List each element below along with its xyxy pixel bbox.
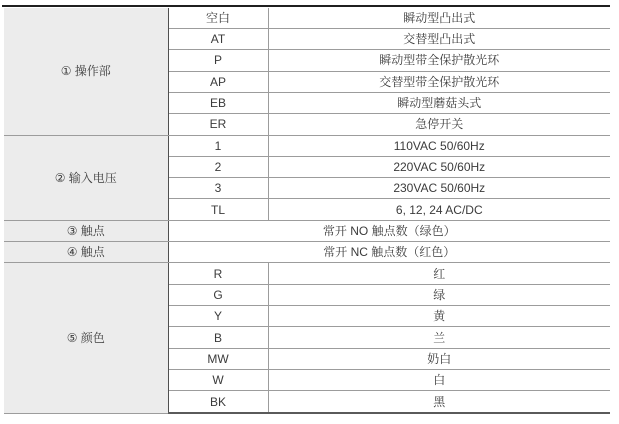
table-row: ② 输入电压1110VAC 50/60Hz [4,135,610,156]
desc-cell: 瞬动型带全保护散光环 [268,50,610,71]
desc-cell: 230VAC 50/60Hz [268,178,610,199]
desc-cell: 220VAC 50/60Hz [268,156,610,177]
code-cell: G [168,284,268,305]
code-cell: 空白 [168,8,268,28]
desc-cell: 110VAC 50/60Hz [268,135,610,156]
code-cell: B [168,327,268,348]
code-cell: P [168,50,268,71]
code-cell: 2 [168,156,268,177]
desc-cell: 瞬动型蘑菇头式 [268,92,610,113]
code-cell: 3 [168,178,268,199]
code-cell: TL [168,199,268,220]
code-cell: BK [168,391,268,413]
desc-cell: 红 [268,263,610,284]
desc-cell: 奶白 [268,348,610,369]
code-cell: ER [168,114,268,135]
merged-desc-cell: 常开 NC 触点数（红色） [168,242,610,263]
table-row: ③ 触点常开 NO 触点数（绿色） [4,220,610,241]
desc-cell: 白 [268,369,610,390]
category-cell: ④ 触点 [4,242,168,263]
code-cell: AP [168,71,268,92]
desc-cell: 瞬动型凸出式 [268,8,610,28]
desc-cell: 6, 12, 24 AC/DC [268,199,610,220]
spec-table-body: ① 操作部空白瞬动型凸出式AT交替型凸出式P瞬动型带全保护散光环AP交替型带全保… [4,8,610,413]
code-cell: W [168,369,268,390]
top-rule [2,5,610,7]
code-cell: AT [168,28,268,49]
desc-cell: 兰 [268,327,610,348]
merged-desc-cell: 常开 NO 触点数（绿色） [168,220,610,241]
code-cell: R [168,263,268,284]
desc-cell: 黑 [268,391,610,413]
desc-cell: 交替型带全保护散光环 [268,71,610,92]
category-cell: ① 操作部 [4,8,168,135]
desc-cell: 黄 [268,306,610,327]
category-cell: ⑤ 颜色 [4,263,168,413]
code-cell: Y [168,306,268,327]
code-cell: 1 [168,135,268,156]
category-cell: ② 输入电压 [4,135,168,220]
category-cell: ③ 触点 [4,220,168,241]
table-row: ⑤ 颜色R红 [4,263,610,284]
page: ① 操作部空白瞬动型凸出式AT交替型凸出式P瞬动型带全保护散光环AP交替型带全保… [0,0,619,424]
desc-cell: 交替型凸出式 [268,28,610,49]
table-row: ① 操作部空白瞬动型凸出式 [4,8,610,28]
code-cell: MW [168,348,268,369]
spec-table: ① 操作部空白瞬动型凸出式AT交替型凸出式P瞬动型带全保护散光环AP交替型带全保… [4,8,610,414]
desc-cell: 急停开关 [268,114,610,135]
table-row: ④ 触点常开 NC 触点数（红色） [4,242,610,263]
desc-cell: 绿 [268,284,610,305]
code-cell: EB [168,92,268,113]
